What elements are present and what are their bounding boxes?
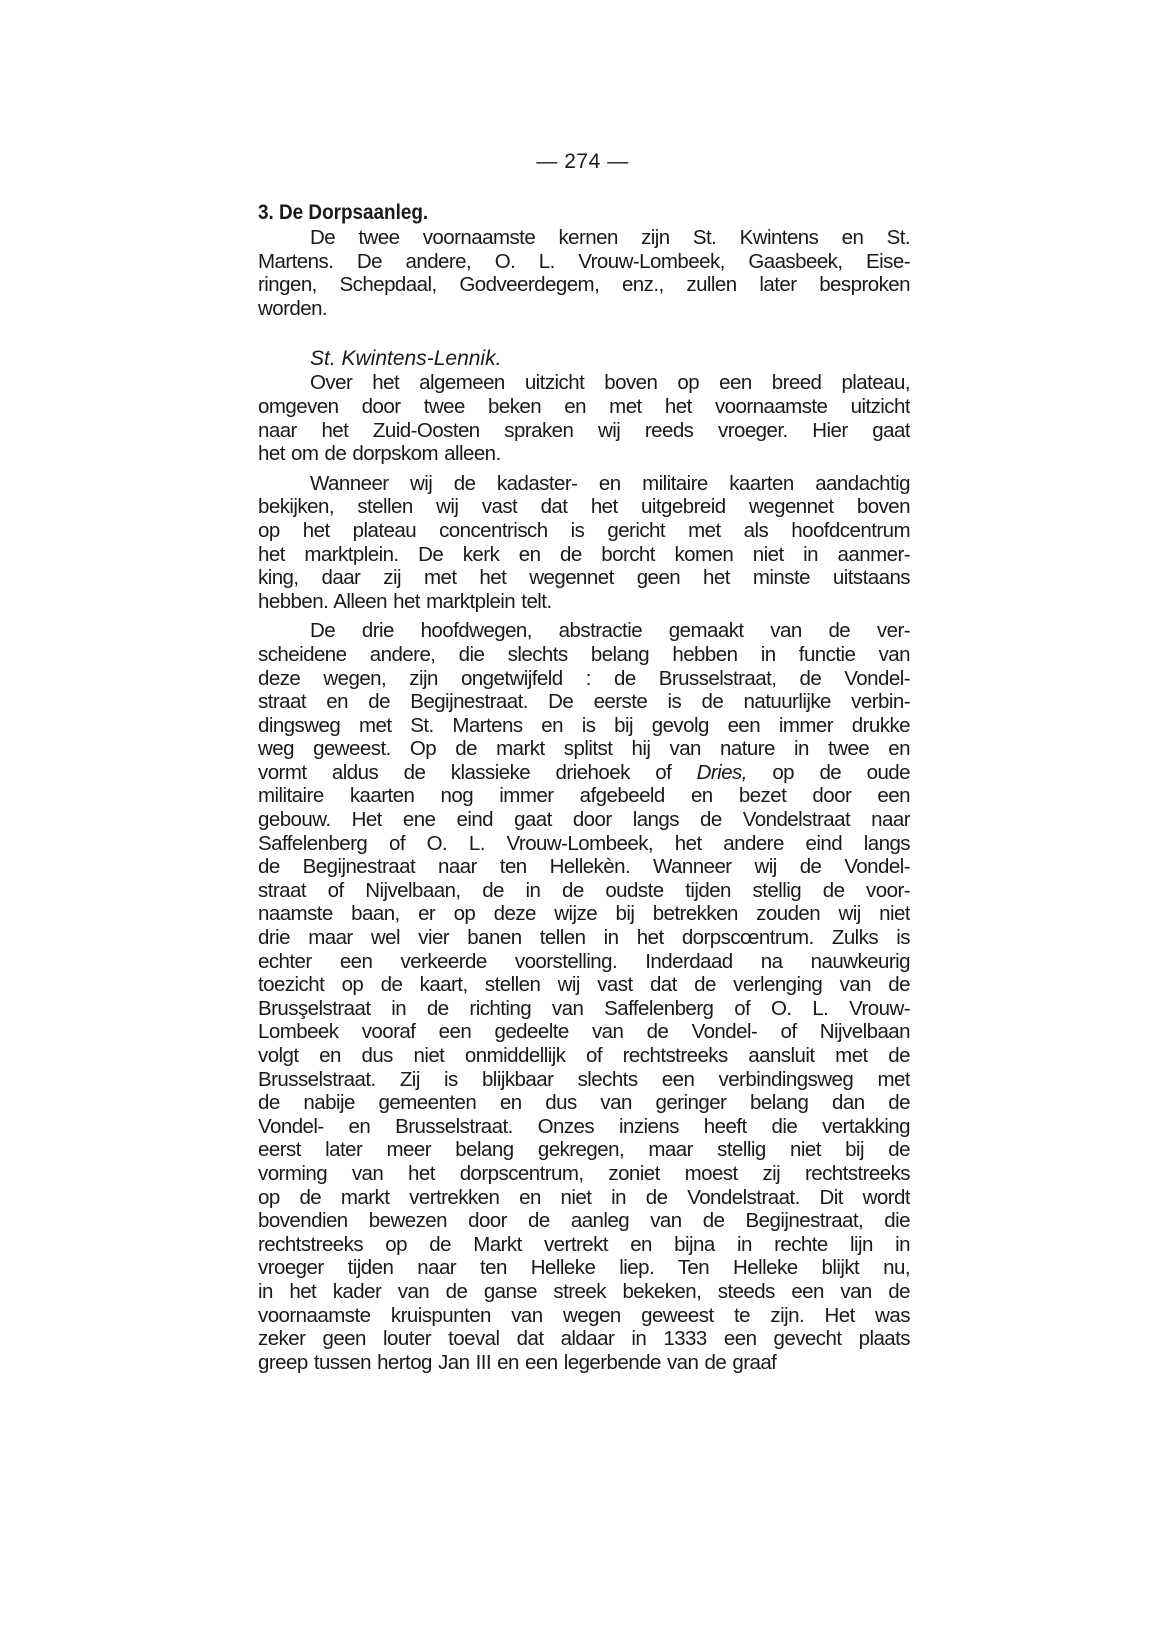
text-line: vroeger tijden naar ten Helleke liep. Te… — [258, 1256, 910, 1280]
text-line: bovendien bewezen door de aanleg van de … — [258, 1209, 910, 1233]
text-line: voornaamste kruispunten van wegen gewees… — [258, 1304, 910, 1328]
text-line: Brusselstraat. Zij is blijkbaar slechts … — [258, 1068, 910, 1092]
text-line: in het kader van de ganse streek bekeken… — [258, 1280, 910, 1304]
text-line: Lombeek vooraf een gedeelte van de Vonde… — [258, 1020, 910, 1044]
section-heading: 3. De Dorpsaanleg. — [258, 199, 845, 226]
document-page: — 274 — 3. De Dorpsaanleg. De twee voorn… — [0, 0, 1165, 1650]
text-line: rechtstreeks op de Markt vertrekt en bij… — [258, 1233, 910, 1257]
text-line: worden. — [258, 297, 910, 321]
text-line: naar het Zuid-Oosten spraken wij reeds v… — [258, 419, 910, 443]
text-line: volgt en dus niet onmiddellijk of rechts… — [258, 1044, 910, 1068]
subheading: St. Kwintens-Lennik. — [258, 347, 910, 371]
text-line: Wanneer wij de kadaster- en militaire ka… — [258, 472, 910, 496]
text-line: greep tussen hertog Jan III en een leger… — [258, 1351, 910, 1375]
text-line: vormt aldus de klassieke driehoek of Dri… — [258, 761, 910, 785]
text-line: eerst later meer belang gekregen, maar s… — [258, 1138, 910, 1162]
paragraph-3: De drie hoofdwegen, abstractie gemaakt v… — [258, 619, 910, 1374]
text-line: ringen, Schepdaal, Godveerdegem, enz., z… — [258, 273, 910, 297]
text-line: naamste baan, er op deze wijze bij betre… — [258, 902, 910, 926]
text-line: Over het algemeen uitzicht boven op een … — [258, 371, 910, 395]
text-line: De drie hoofdwegen, abstractie gemaakt v… — [258, 619, 910, 643]
intro-paragraph: De twee voornaamste kernen zijn St. Kwin… — [258, 226, 910, 320]
text-line: straat of Nijvelbaan, de in de oudste ti… — [258, 879, 910, 903]
text-line: op het plateau concentrisch is gericht m… — [258, 519, 910, 543]
text-line: vorming van het dorpscentrum, zoniet moe… — [258, 1162, 910, 1186]
text-line: op de markt vertrekken en niet in de Von… — [258, 1186, 910, 1210]
text-line: echter een verkeerde voorstelling. Inder… — [258, 950, 910, 974]
text-line: hebben. Alleen het marktplein telt. — [258, 590, 910, 614]
text-body: 3. De Dorpsaanleg. De twee voornaamste k… — [258, 199, 910, 1374]
text-line: Brusşelstraat in de richting van Saffele… — [258, 997, 910, 1021]
paragraph-2: Wanneer wij de kadaster- en militaire ka… — [258, 472, 910, 614]
text-line: straat en de Begijnestraat. De eerste is… — [258, 690, 910, 714]
text-line: king, daar zij met het wegennet geen het… — [258, 566, 910, 590]
text-line: Martens. De andere, O. L. Vrouw-Lombeek,… — [258, 250, 910, 274]
text-line: de Begijnestraat naar ten Hellekèn. Wann… — [258, 855, 910, 879]
text-line: gebouw. Het ene eind gaat door langs de … — [258, 808, 910, 832]
text-line: De twee voornaamste kernen zijn St. Kwin… — [258, 226, 910, 250]
text-line: Saffelenberg of O. L. Vrouw-Lombeek, het… — [258, 832, 910, 856]
text-line: deze wegen, zijn ongetwijfeld : de Bruss… — [258, 667, 910, 691]
text-line: bekijken, stellen wij vast dat het uitge… — [258, 495, 910, 519]
page-number: — 274 — — [0, 150, 1165, 174]
paragraph-1: Over het algemeen uitzicht boven op een … — [258, 371, 910, 465]
text-line: zeker geen louter toeval dat aldaar in 1… — [258, 1327, 910, 1351]
text-line: militaire kaarten nog immer afgebeeld en… — [258, 784, 910, 808]
text-line: de nabije gemeenten en dus van geringer … — [258, 1091, 910, 1115]
text-line: drie maar wel vier banen tellen in het d… — [258, 926, 910, 950]
text-line: het marktplein. De kerk en de borcht kom… — [258, 543, 910, 567]
text-line: toezicht op de kaart, stellen wij vast d… — [258, 973, 910, 997]
text-line: dingsweg met St. Martens en is bij gevol… — [258, 714, 910, 738]
text-line: Vondel- en Brusselstraat. Onzes inziens … — [258, 1115, 910, 1139]
italic-term: Dries, — [697, 761, 747, 784]
text-line: het om de dorpskom alleen. — [258, 442, 910, 466]
text-line: scheidene andere, die slechts belang heb… — [258, 643, 910, 667]
text-line: omgeven door twee beken en met het voorn… — [258, 395, 910, 419]
text-line: weg geweest. Op de markt splitst hij van… — [258, 737, 910, 761]
